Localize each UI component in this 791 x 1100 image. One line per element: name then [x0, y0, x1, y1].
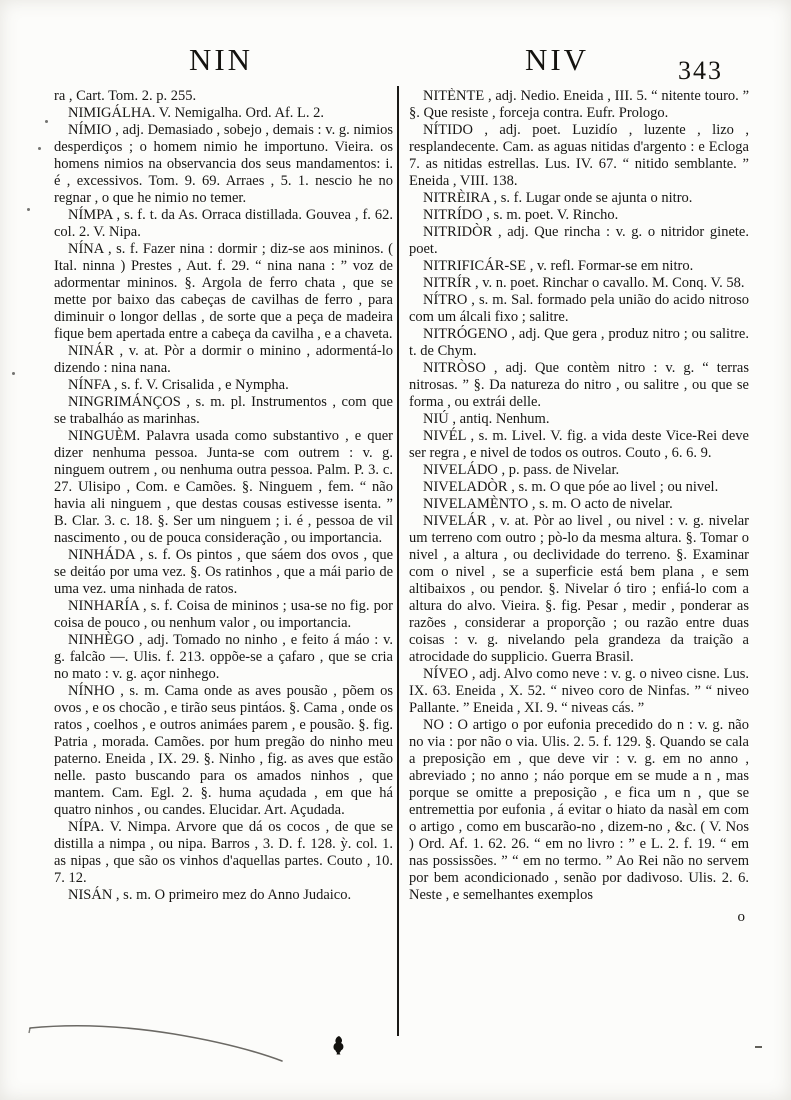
entry-nitente: NITÈNTE , adj. Nedio. Eneida , III. 5. “…	[409, 88, 749, 122]
entry-nipa: NÍPA. V. Nimpa. Arvore que dá os cocos ,…	[54, 819, 393, 887]
dictionary-page: NIN NIV 343 ra , Cart. Tom. 2. p. 255. N…	[0, 0, 791, 1100]
entry-nina: NÍNA , s. f. Fazer nina : dormir ; diz-s…	[54, 241, 393, 343]
marginal-dot-icon	[38, 147, 41, 150]
entry-ningrimancos: NINGRIMÁNÇOS , s. m. pl. Instrumentos , …	[54, 394, 393, 428]
entry-nitrificar-se: NITRIFICÁR-SE , v. refl. Formar-se em ni…	[409, 258, 749, 275]
running-head: NIN NIV 343	[0, 0, 791, 90]
entry-nivelar: NIVELÁR , v. at. Pòr ao livel , ou nivel…	[409, 513, 749, 666]
left-column: ra , Cart. Tom. 2. p. 255. NIMIGÁLHA. V.…	[54, 88, 393, 1088]
entry-nitrido: NITRÍDO , s. m. poet. V. Rincho.	[409, 207, 749, 224]
entry-nitridor: NITRIDÒR , adj. Que rincha : v. g. o nit…	[409, 224, 749, 258]
entry-nivel: NIVÉL , s. m. Livel. V. fig. a vida dest…	[409, 428, 749, 462]
marginal-dot-icon	[27, 208, 30, 211]
entry-nitrir: NITRÍR , v. n. poet. Rinchar o cavallo. …	[409, 275, 749, 292]
entry-ninhego: NINHÈGO , adj. Tomado no ninho , e feito…	[54, 632, 393, 683]
entry-nimio: NÍMIO , adj. Demasiado , sobejo , demais…	[54, 122, 393, 207]
margin-dash-icon	[755, 1046, 762, 1048]
entry-no: NO : O artigo o por eufonia precedido do…	[409, 717, 749, 904]
entry-nitreira: NITRÈIRA , s. f. Lugar onde se ajunta o …	[409, 190, 749, 207]
entry-nitrogeno: NITRÓGENO , adj. Que gera , produz nitro…	[409, 326, 749, 360]
entry-nimpa: NÍMPA , s. f. t. da As. Orraca distillad…	[54, 207, 393, 241]
marginal-dot-icon	[12, 372, 15, 375]
entry-nisan: NISÁN , s. m. O primeiro mez do Anno Jud…	[54, 887, 393, 904]
catchword: o	[409, 909, 749, 926]
page-number: 343	[678, 56, 723, 86]
entry-nivelamento: NIVELAMÈNTO , s. m. O acto de nivelar.	[409, 496, 749, 513]
running-head-left: NIN	[166, 42, 276, 78]
entry-ninar: NINÁR , v. at. Pòr a dormir o minino , a…	[54, 343, 393, 377]
entry-nimigalha: NIMIGÁLHA. V. Nemigalha. Ord. Af. L. 2.	[54, 105, 393, 122]
entry-nitro: NÍTRO , s. m. Sal. formado pela união do…	[409, 292, 749, 326]
entry-nitido: NÍTIDO , adj. poet. Luzidío , luzente , …	[409, 122, 749, 190]
entry-nivelado: NIVELÁDO , p. pass. de Nivelar.	[409, 462, 749, 479]
entry-ninharia: NINHARÍA , s. f. Coisa de mininos ; usa-…	[54, 598, 393, 632]
running-head-right: NIV	[502, 42, 612, 78]
entry-continuation-ra: ra , Cart. Tom. 2. p. 255.	[54, 88, 393, 105]
entry-niu: NIÚ , antiq. Nenhum.	[409, 411, 749, 428]
ink-blot-icon	[331, 1034, 346, 1056]
marginal-dot-icon	[45, 120, 48, 123]
entry-niveo: NÍVEO , adj. Alvo como neve : v. g. o ni…	[409, 666, 749, 717]
column-divider-rule	[397, 86, 399, 1036]
entry-nivelador: NIVELADÒR , s. m. O que póe ao livel ; o…	[409, 479, 749, 496]
entry-ninhada: NINHÁDA , s. f. Os pintos , que sáem dos…	[54, 547, 393, 598]
entry-ninho: NÍNHO , s. m. Cama onde as aves pousão ,…	[54, 683, 393, 819]
entry-nitroso: NITRÒSO , adj. Que contèm nitro : v. g. …	[409, 360, 749, 411]
pencil-stroke-icon	[26, 1014, 302, 1066]
entry-ninfa: NÍNFA , s. f. V. Crisalida , e Nympha.	[54, 377, 393, 394]
entry-ninguem: NINGUÈM. Palavra usada como substantivo …	[54, 428, 393, 547]
right-column: NITÈNTE , adj. Nedio. Eneida , III. 5. “…	[409, 88, 749, 1088]
